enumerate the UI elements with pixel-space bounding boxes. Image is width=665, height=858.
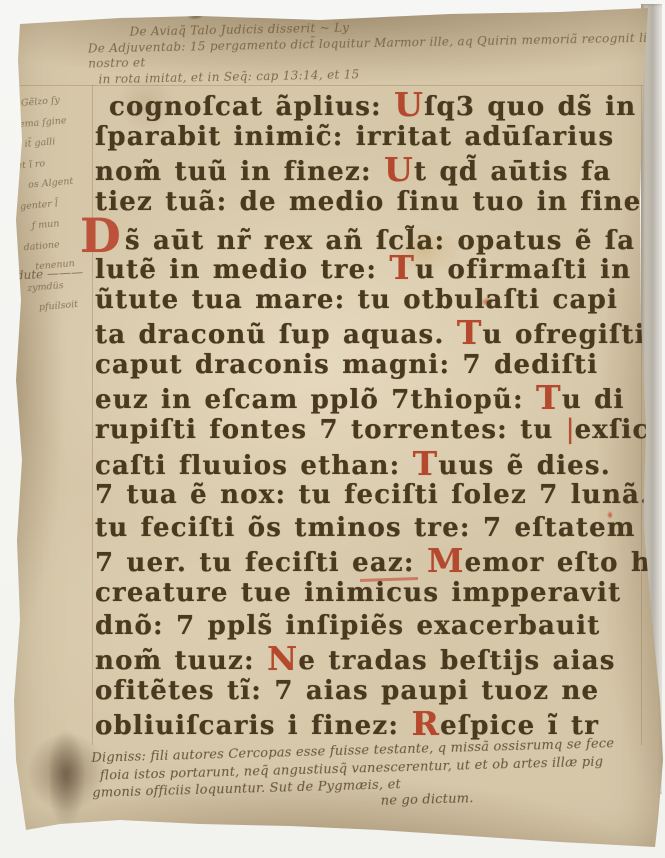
- text-segment: u ofregiſti: [483, 320, 646, 350]
- text-segment: t qd̃ aūtis fa: [414, 157, 611, 187]
- bottom-marginalia: Digniss: fili autores Cercopas esse fuis…: [91, 734, 653, 818]
- fold-shadow: [50, 728, 86, 828]
- text-segment: u ofirmaſti in: [415, 255, 631, 285]
- text-segment: caput draconis magni: 7 dediſti: [95, 350, 598, 380]
- text-segment: u di: [562, 385, 625, 415]
- manuscript-line: cognoſcat ãplius: Uſq3 quo ds̃ in: [95, 88, 647, 121]
- rubric-initial: M: [427, 545, 465, 578]
- text-segment: 7 uer. tu feciſti eaz:: [95, 548, 427, 578]
- manuscript-line: 7 uer. tu feciſti eaz: Memor eſto hui9: [95, 544, 647, 577]
- text-segment: ſq3 quo ds̃ in: [424, 92, 636, 122]
- text-segment: lutẽ in medio tre:: [95, 255, 389, 285]
- text-segment: ta draconũ ſup aquas.: [95, 320, 457, 350]
- manuscript-line: caput draconis magni: 7 dediſti: [95, 349, 647, 382]
- parchment-page: De Aviaq̃ Talo Judicis disserit ~ LyDe A…: [0, 0, 665, 858]
- manuscript-line: rupiſti fontes 7 torrentes: tu |exſic: [95, 414, 647, 447]
- text-segment: nom̃ tuũ in finez:: [95, 157, 384, 187]
- rubric-initial: R: [411, 708, 440, 741]
- rubric-initial: D: [80, 221, 122, 254]
- manuscript-line: ofitẽtes tĩ: 7 aias paupi tuoz ne: [95, 675, 647, 708]
- text-segment: tiez tuã: de medio ſinu tuo in finez: [95, 187, 657, 217]
- text-segment: obliuiſcaris i finez:: [95, 711, 411, 741]
- manuscript-line: dnõ: 7 ppls̃ inſipiẽs exacerbauit: [95, 610, 647, 643]
- manuscript-line: Ds̃ aūt nr̃ rex añ ſcl̃a: opatus ẽ ſa: [95, 218, 647, 251]
- text-segment: exſic: [575, 415, 650, 445]
- manuscript-line: creature tue inimicus impperavit: [95, 577, 647, 610]
- manuscript-line: 7 tua ẽ nox: tu feciſti ſolez 7 lunã.: [95, 479, 647, 512]
- rubric-initial: T: [389, 252, 415, 285]
- manuscript-line: ta draconũ ſup aquas. Tu ofregiſti: [95, 316, 647, 349]
- manuscript-line: lutẽ in medio tre: Tu ofirmaſti in: [95, 251, 647, 284]
- text-segment: creature tue inimicus impperavit: [95, 578, 621, 608]
- text-segment: |: [566, 415, 575, 445]
- left-marginalia: Gẽlzo ſygema ſgineit̃ galliet ĩ roos Alg…: [0, 88, 106, 321]
- ink-blot: [186, 9, 204, 20]
- text-segment: cognoſcat ãplius:: [109, 92, 394, 122]
- manuscript-line: tu feciſti õs tminos tre: 7 eſtatem: [95, 512, 647, 545]
- top-marginalia: De Aviaq̃ Talo Judicis disserit ~ LyDe A…: [91, 15, 657, 88]
- text-segment: euz in eſcam pplõ 7thiopũ:: [95, 385, 536, 415]
- text-segment: dnõ: 7 ppls̃ inſipiẽs exacerbauit: [95, 611, 600, 641]
- manuscript-line: nom̃ tuũ in finez: Ut qd̃ aūtis fa: [95, 153, 647, 186]
- text-segment: ũtute tua mare: tu otbulaſti capi: [95, 285, 618, 315]
- text-segment: emor eſto hui9: [465, 548, 665, 578]
- manuscript-line: nom̃ tuuz: Ne tradas beſtijs aias: [95, 642, 647, 675]
- manuscript-line: euz in eſcam pplõ 7thiopũ: Tu di: [95, 381, 647, 414]
- rubric-initial: U: [394, 89, 424, 122]
- text-segment: e tradas beſtijs aias: [298, 646, 615, 676]
- text-segment: rupiſti fontes 7 torrentes: tu: [95, 415, 566, 445]
- text-segment: nom̃ tuuz:: [95, 646, 267, 676]
- text-segment: uus ẽ dies.: [438, 451, 611, 481]
- rubric-initial: N: [267, 643, 298, 676]
- manuscript-photo: De Aviaq̃ Talo Judicis disserit ~ LyDe A…: [0, 0, 665, 858]
- text-segment: ofitẽtes tĩ: 7 aias paupi tuoz ne: [95, 676, 599, 706]
- rubric-initial: T: [457, 317, 483, 350]
- rubric-initial: T: [536, 382, 562, 415]
- main-text-block: cognoſcat ãplius: Uſq3 quo ds̃ inſparabi…: [95, 88, 647, 740]
- text-segment: ſparabit inimic̃: irritat adūſarius: [95, 122, 614, 152]
- manuscript-line: obliuiſcaris i finez: Reſpice ĩ tr: [95, 707, 647, 740]
- manuscript-line: ũtute tua mare: tu otbulaſti capi: [95, 284, 647, 317]
- text-segment: caſti fluuios ethan:: [95, 451, 413, 481]
- text-segment: 7 tua ẽ nox: tu feciſti ſolez 7 lunã.: [95, 480, 650, 510]
- rubric-initial: U: [384, 154, 414, 187]
- text-segment: tu feciſti õs tminos tre: 7 eſtatem: [95, 513, 636, 543]
- manuscript-line: tiez tuã: de medio ſinu tuo in finez: [95, 186, 647, 219]
- rubric-initial: T: [413, 448, 439, 481]
- manuscript-line: caſti fluuios ethan: Tuus ẽ dies.: [95, 447, 647, 480]
- manuscript-line: ſparabit inimic̃: irritat adūſarius: [95, 121, 647, 154]
